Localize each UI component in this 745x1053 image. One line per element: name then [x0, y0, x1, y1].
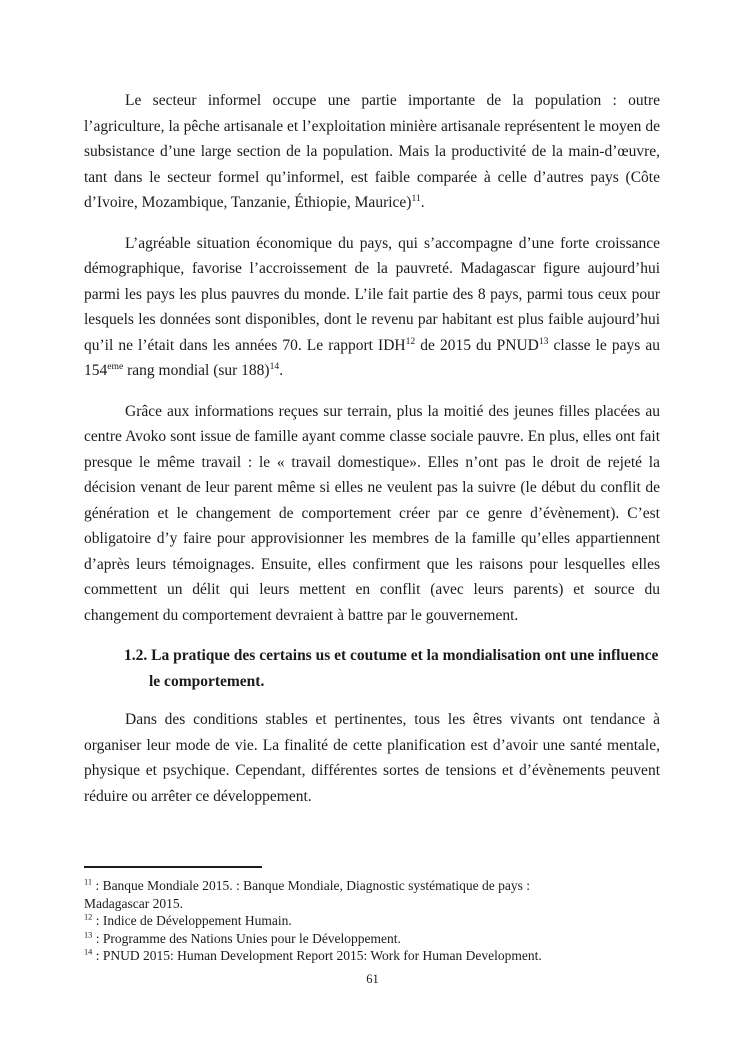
- section-heading-1-2: 1.2. La pratique des certains us et cout…: [84, 643, 660, 694]
- paragraph-situation-economique: L’agréable situation économique du pays,…: [84, 231, 660, 384]
- paragraph-secteur-informel: Le secteur informel occupe une partie im…: [84, 88, 660, 216]
- footnote-12: 12 : Indice de Développement Humain.: [84, 912, 660, 930]
- footnote-separator-rule: [84, 866, 262, 868]
- page-body: Le secteur informel occupe une partie im…: [84, 88, 660, 824]
- paragraph-conditions-stables: Dans des conditions stables et pertinent…: [84, 707, 660, 809]
- page-number: 61: [0, 972, 745, 987]
- footnote-13: 13 : Programme des Nations Unies pour le…: [84, 930, 660, 948]
- document-page: Le secteur informel occupe une partie im…: [0, 0, 745, 1053]
- footnotes-section: 11 : Banque Mondiale 2015. : Banque Mond…: [84, 866, 660, 965]
- paragraph-centre-avoko: Grâce aux informations reçues sur terrai…: [84, 399, 660, 629]
- footnote-14: 14 : PNUD 2015: Human Development Report…: [84, 947, 660, 965]
- footnote-11: 11 : Banque Mondiale 2015. : Banque Mond…: [84, 877, 660, 912]
